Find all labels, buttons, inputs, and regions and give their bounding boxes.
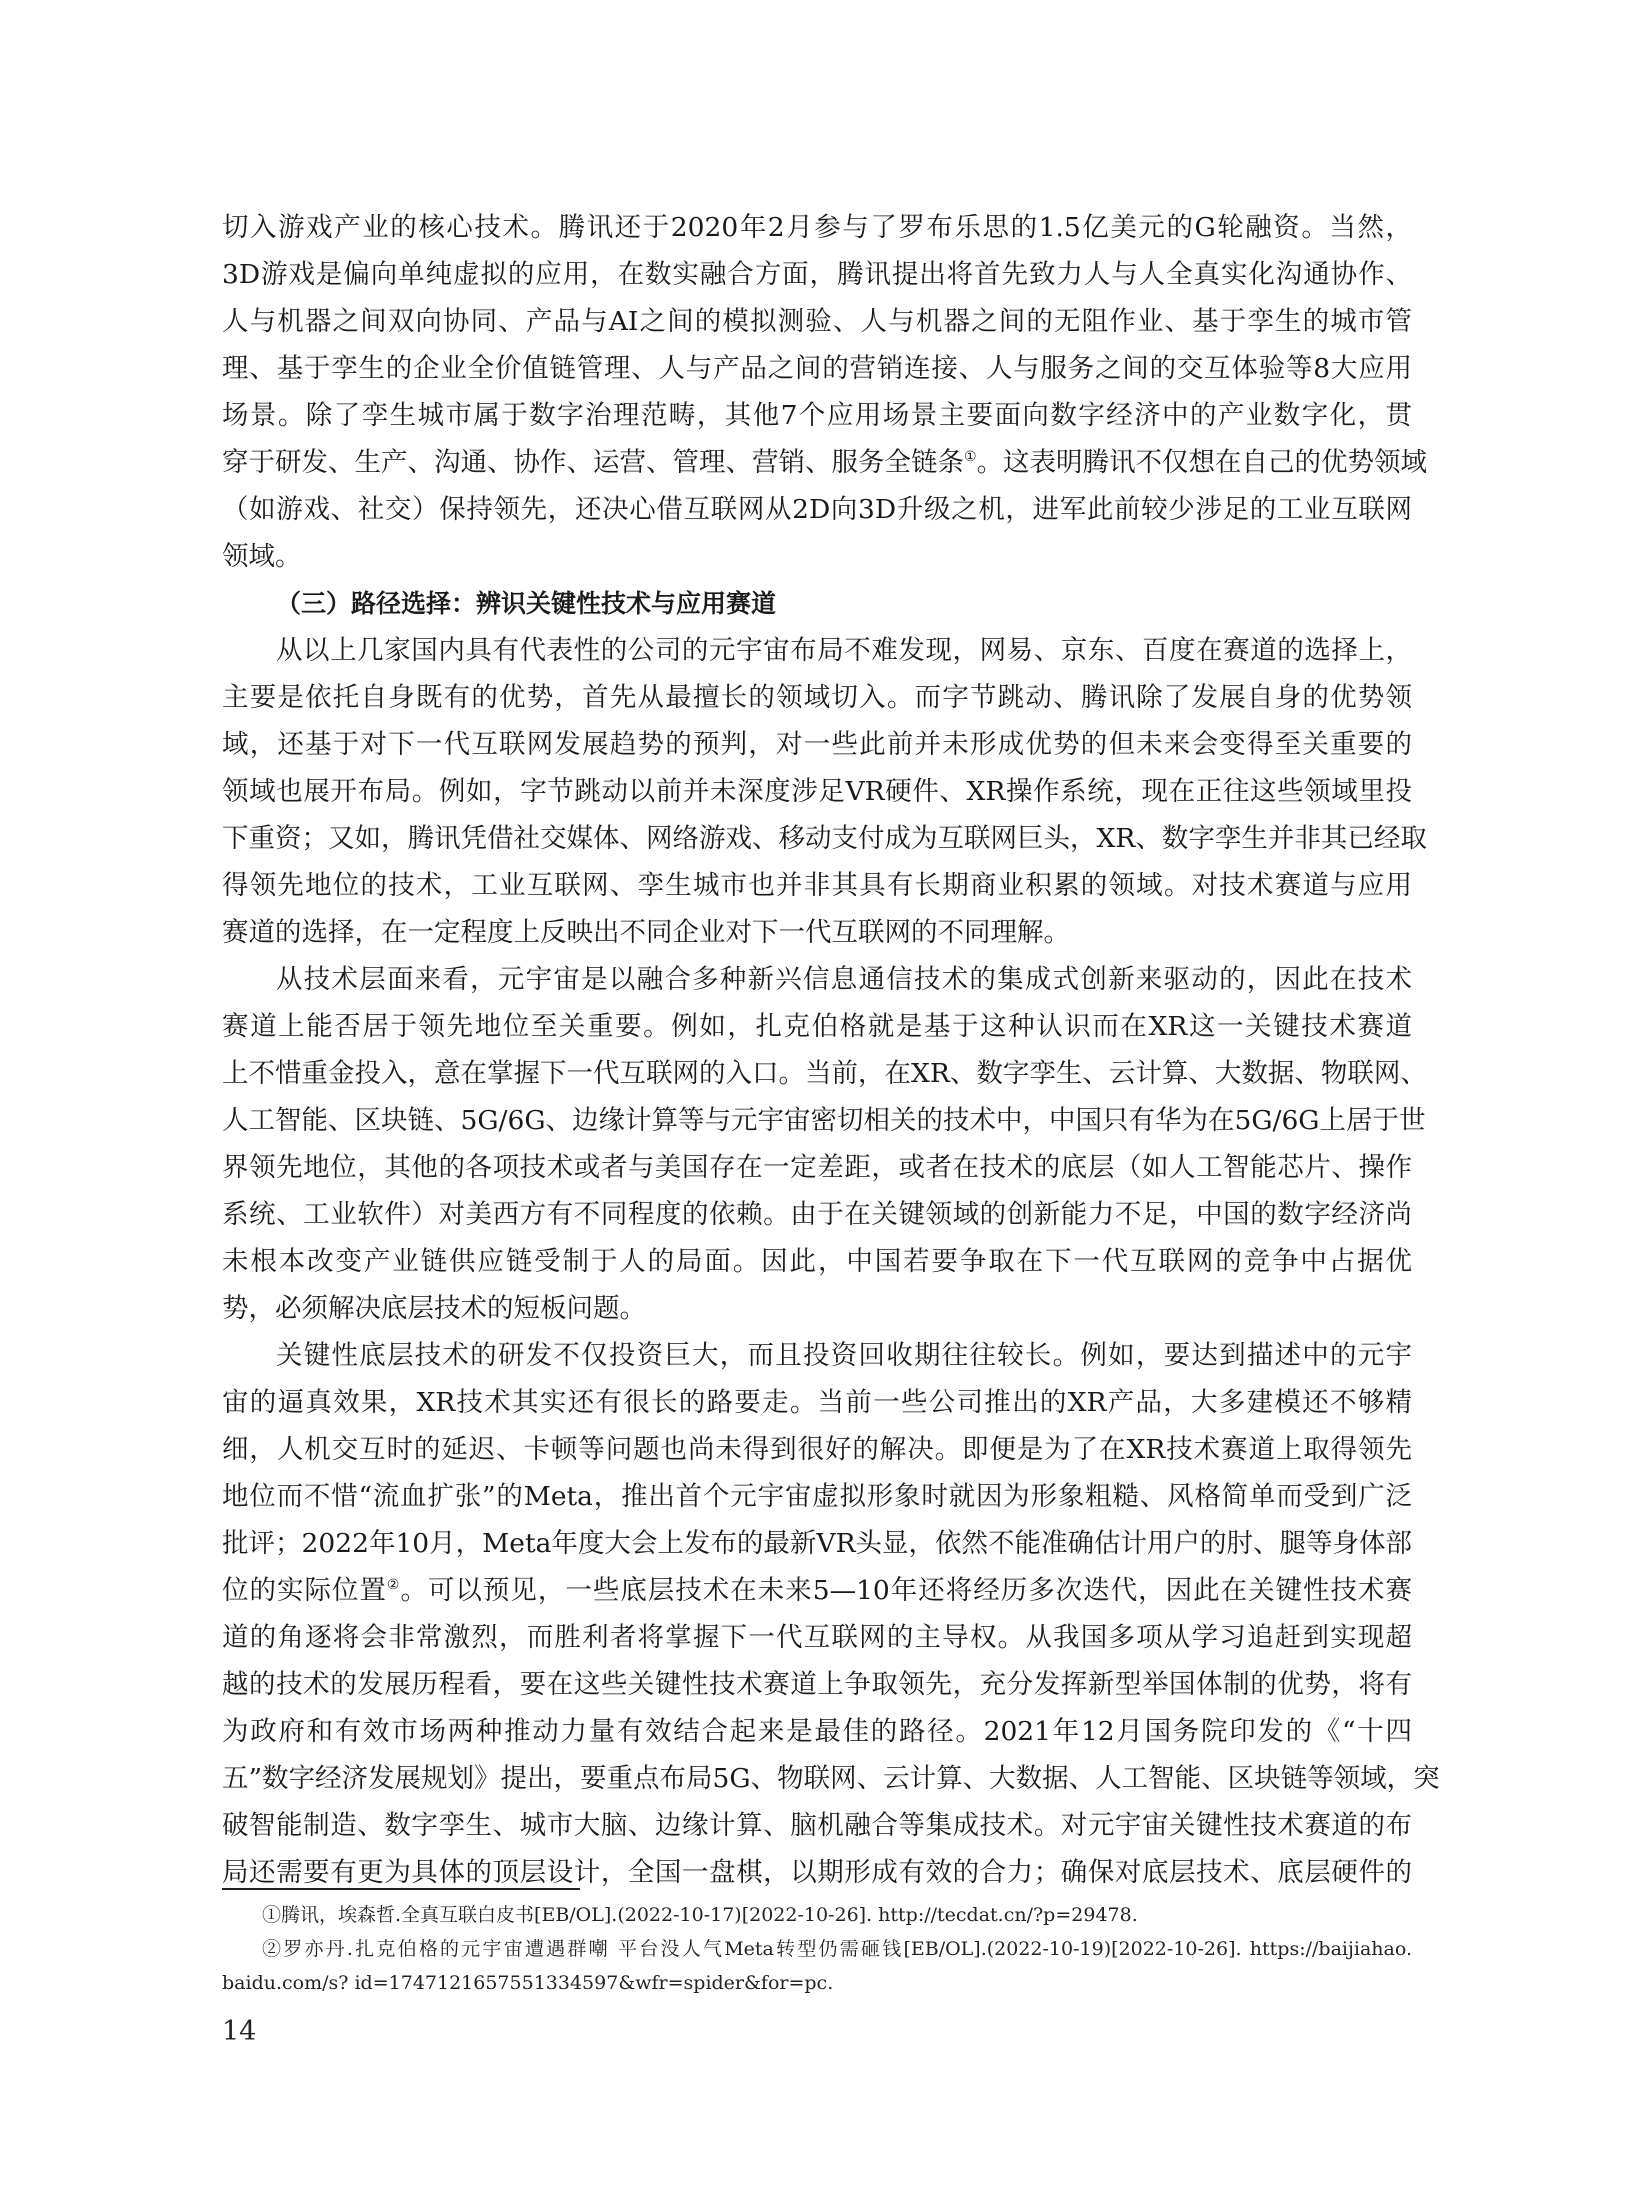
text-line: 领域也展开布局。例如，字节跳动以前并未深度涉足VR硬件、XR操作系统，现在正往这… (222, 768, 1412, 815)
text-span: 。这表明腾讯不仅想在自己的优势领域 (977, 447, 1428, 478)
text-line: 批评；2022年10月，Meta年度大会上发布的最新VR头显，依然不能准确估计用… (222, 1520, 1412, 1567)
text-line: 切入游戏产业的核心技术。腾讯还于2020年2月参与了罗布乐思的1.5亿美元的G轮… (222, 204, 1412, 251)
text-line: 为政府和有效市场两种推动力量有效结合起来是最佳的路径。2021年12月国务院印发… (222, 1708, 1412, 1755)
text-line: 赛道上能否居于领先地位至关重要。例如，扎克伯格就是基于这种认识而在XR这一关键技… (222, 1003, 1412, 1050)
text-line: 位的实际位置②。可以预见，一些底层技术在未来5—10年还将经历多次迭代，因此在关… (222, 1567, 1412, 1614)
text-line: 五”数字经济发展规划》提出，要重点布局5G、物联网、云计算、大数据、人工智能、区… (222, 1755, 1412, 1802)
text-line: 上不惜重金投入，意在掌握下一代互联网的入口。当前，在XR、数字孪生、云计算、大数… (222, 1050, 1412, 1097)
text-line: 理、基于孪生的企业全价值链管理、人与产品之间的营销连接、人与服务之间的交互体验等… (222, 345, 1412, 392)
text-line: 赛道的选择，在一定程度上反映出不同企业对下一代互联网的不同理解。 (222, 909, 1412, 956)
text-line: 下重资；又如，腾讯凭借社交媒体、网络游戏、移动支付成为互联网巨头，XR、数字孪生… (222, 815, 1412, 862)
text-line: 域，还基于对下一代互联网发展趋势的预判，对一些此前并未形成优势的但未来会变得至关… (222, 721, 1412, 768)
text-line: 主要是依托自身既有的优势，首先从最擅长的领域切入。而字节跳动、腾讯除了发展自身的… (222, 674, 1412, 721)
text-line: 领域。 (222, 533, 1412, 580)
footnote-1: ①腾讯，埃森哲.全真互联白皮书[EB/OL].(2022-10-17)[2022… (222, 1898, 1412, 1932)
text-line: 势，必须解决底层技术的短板问题。 (222, 1285, 1412, 1332)
text-line: （如游戏、社交）保持领先，还决心借互联网从2D向3D升级之机，进军此前较少涉足的… (222, 486, 1412, 533)
text-line: 宙的逼真效果，XR技术其实还有很长的路要走。当前一些公司推出的XR产品，大多建模… (222, 1379, 1412, 1426)
text-line: 地位而不惜“流血扩张”的Meta，推出首个元宇宙虚拟形象时就因为形象粗糙、风格简… (222, 1473, 1412, 1520)
text-span: 位的实际位置 (222, 1575, 387, 1606)
text-span: 。可以预见，一些底层技术在未来5—10年还将经历多次迭代，因此在关键性技术赛 (400, 1575, 1412, 1606)
text-line: 3D游戏是偏向单纯虚拟的应用，在数实融合方面，腾讯提出将首先致力人与人全真实化沟… (222, 251, 1412, 298)
text-line: 穿于研发、生产、沟通、协作、运营、管理、营销、服务全链条①。这表明腾讯不仅想在自… (222, 439, 1412, 486)
text-line: 得领先地位的技术，工业互联网、孪生城市也并非其具有长期商业积累的领域。对技术赛道… (222, 862, 1412, 909)
text-line: 界领先地位，其他的各项技术或者与美国存在一定差距，或者在技术的底层（如人工智能芯… (222, 1144, 1412, 1191)
text-line: 道的角逐将会非常激烈，而胜利者将掌握下一代互联网的主导权。从我国多项从学习追赶到… (222, 1614, 1412, 1661)
text-span: 穿于研发、生产、沟通、协作、运营、管理、营销、服务全链条 (222, 447, 964, 478)
footnote-marker[interactable]: ② (387, 1577, 401, 1593)
text-line: 越的技术的发展历程看，要在这些关键性技术赛道上争取领先，充分发挥新型举国体制的优… (222, 1661, 1412, 1708)
footnote-2: ②罗亦丹.扎克伯格的元宇宙遭遇群嘲 平台没人气Meta转型仍需砸钱[EB/OL]… (222, 1932, 1412, 1966)
text-line: 系统、工业软件）对美西方有不同程度的依赖。由于在关键领域的创新能力不足，中国的数… (222, 1191, 1412, 1238)
text-line: 人与机器之间双向协同、产品与AI之间的模拟测验、人与机器之间的无阻作业、基于孪生… (222, 298, 1412, 345)
text-line: 关键性底层技术的研发不仅投资巨大，而且投资回收期往往较长。例如，要达到描述中的元… (222, 1332, 1412, 1379)
text-line: 场景。除了孪生城市属于数字治理范畴，其他7个应用场景主要面向数字经济中的产业数字… (222, 392, 1412, 439)
section-heading: （三）路径选择：辨识关键性技术与应用赛道 (222, 580, 1412, 627)
footnote-2-continuation: baidu.com/s? id=1747121657551334597&wfr=… (222, 1966, 1412, 2000)
text-line: 从以上几家国内具有代表性的公司的元宇宙布局不难发现，网易、京东、百度在赛道的选择… (222, 627, 1412, 674)
text-line: 从技术层面来看，元宇宙是以融合多种新兴信息通信技术的集成式创新来驱动的，因此在技… (222, 956, 1412, 1003)
text-line: 破智能制造、数字孪生、城市大脑、边缘计算、脑机融合等集成技术。对元宇宙关键性技术… (222, 1802, 1412, 1849)
text-line: 人工智能、区块链、5G/6G、边缘计算等与元宇宙密切相关的技术中，中国只有华为在… (222, 1097, 1412, 1144)
page-number: 14 (222, 2016, 256, 2047)
footnote-divider (222, 1888, 580, 1890)
body-text: 切入游戏产业的核心技术。腾讯还于2020年2月参与了罗布乐思的1.5亿美元的G轮… (222, 204, 1412, 1896)
text-line: 未根本改变产业链供应链受制于人的局面。因此，中国若要争取在下一代互联网的竞争中占… (222, 1238, 1412, 1285)
footnote-marker[interactable]: ① (964, 449, 977, 465)
text-line: 细，人机交互时的延迟、卡顿等问题也尚未得到很好的解决。即便是为了在XR技术赛道上… (222, 1426, 1412, 1473)
